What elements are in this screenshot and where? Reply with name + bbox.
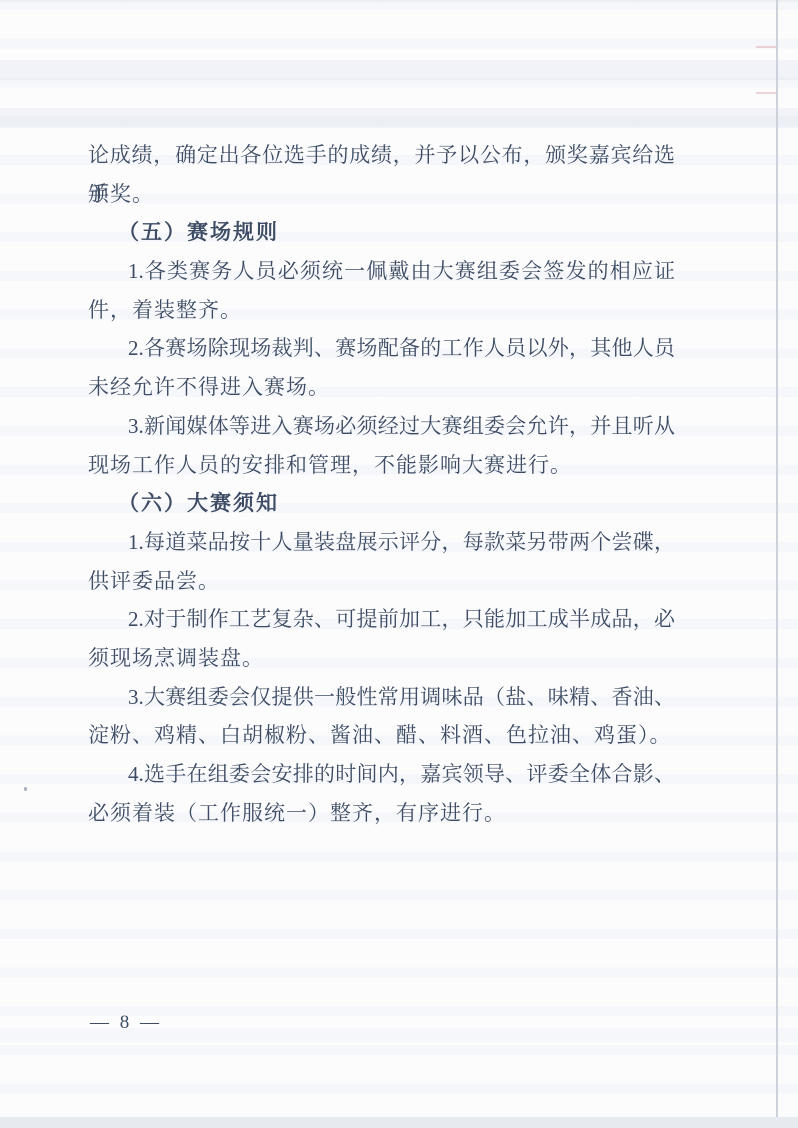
page-number: — 8 — xyxy=(90,1012,162,1034)
scanned-document-page: 论成绩，确定出各位选手的成绩，并予以公布，颁奖嘉宾给选手颁奖。（五）赛场规则1.… xyxy=(0,0,798,1128)
text-line: 颁奖。 xyxy=(88,175,675,214)
scan-bottom-strip xyxy=(0,1117,798,1128)
text-line: 件，着装整齐。 xyxy=(88,291,675,330)
text-line: 3.新闻媒体等进入赛场必须经过大赛组委会允许，并且听从 xyxy=(88,407,675,446)
text-line: 3.大赛组委会仅提供一般性常用调味品（盐、味精、香油、 xyxy=(88,678,675,717)
scan-artifact-tick xyxy=(756,46,776,48)
page-edge-right xyxy=(776,0,778,1118)
text-line: 现场工作人员的安排和管理，不能影响大赛进行。 xyxy=(88,446,675,485)
text-line: 淀粉、鸡精、白胡椒粉、酱油、醋、料酒、色拉油、鸡蛋）。 xyxy=(88,716,675,755)
text-line: 4.选手在组委会安排的时间内，嘉宾领导、评委全体合影、 xyxy=(88,755,675,794)
section-heading: （六）大赛须知 xyxy=(88,484,675,523)
text-line: 未经允许不得进入赛场。 xyxy=(88,368,675,407)
scan-showthrough-band xyxy=(0,108,798,128)
text-line: 1.各类赛务人员必须统一佩戴由大赛组委会签发的相应证 xyxy=(88,252,675,291)
text-line: 2.各赛场除现场裁判、赛场配备的工作人员以外，其他人员 xyxy=(88,329,675,368)
text-line: 必须着装（工作服统一）整齐，有序进行。 xyxy=(88,794,675,833)
scan-artifact-speck xyxy=(24,787,27,791)
section-heading: （五）赛场规则 xyxy=(88,213,675,252)
text-line: 2.对于制作工艺复杂、可提前加工，只能加工成半成品，必 xyxy=(88,600,675,639)
text-line: 1.每道菜品按十人量装盘展示评分，每款菜另带两个尝碟， xyxy=(88,523,675,562)
text-line: 论成绩，确定出各位选手的成绩，并予以公布，颁奖嘉宾给选手 xyxy=(88,136,675,175)
text-line: 供评委品尝。 xyxy=(88,562,675,601)
scan-showthrough-band xyxy=(0,60,798,80)
page-edge-top xyxy=(0,0,798,2)
text-line: 须现场烹调装盘。 xyxy=(88,639,675,678)
scan-artifact-tick xyxy=(756,92,776,94)
text-block: 论成绩，确定出各位选手的成绩，并予以公布，颁奖嘉宾给选手颁奖。（五）赛场规则1.… xyxy=(88,136,675,832)
